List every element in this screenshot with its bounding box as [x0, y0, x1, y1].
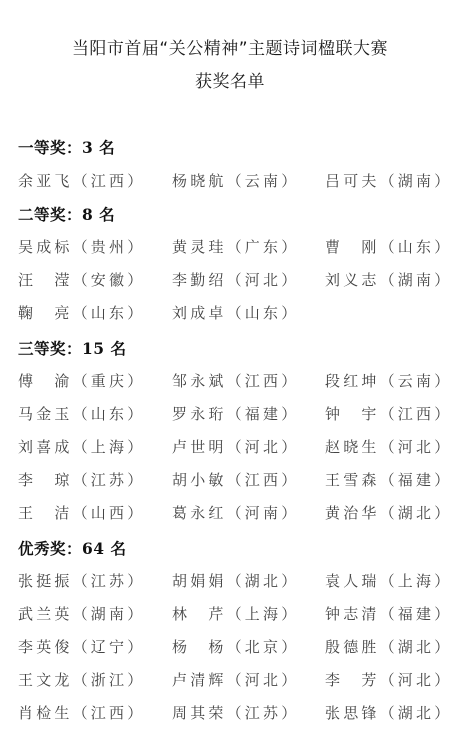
winner-row: 刘喜成（上海） 卢世明（河北） 赵晓生（河北） [0, 436, 460, 458]
winner-entry: 李 琼（江苏） [18, 469, 145, 490]
winner-entry: 曹 刚（山东） [325, 236, 452, 257]
winner-row: 马金玉（山东） 罗永珩（福建） 钟 宇（江西） [0, 403, 460, 425]
winner-entry: 钟志清（福建） [325, 603, 452, 624]
winner-entry: 王雪森（福建） [325, 469, 452, 490]
winner-entry: 林 芹（上海） [172, 603, 299, 624]
winner-entry: 殷德胜（湖北） [325, 636, 452, 657]
winner-entry: 余亚飞（江西） [18, 170, 145, 191]
section-heading-merit-prize: 优秀奖：64 名 [18, 537, 126, 559]
winner-entry: 罗永珩（福建） [172, 403, 299, 424]
winner-entry: 张思锋（湖北） [325, 702, 452, 723]
document-title: 当阳市首届“关公精神”主题诗词楹联大赛 [0, 34, 460, 59]
winner-entry: 胡小敏（江西） [172, 469, 299, 490]
winner-row: 肖检生（江西） 周其荣（江苏） 张思锋（湖北） [0, 702, 460, 724]
winner-row: 汪 滢（安徽） 李勤绍（河北） 刘义志（湖南） [0, 269, 460, 291]
winner-entry: 刘义志（湖南） [325, 269, 452, 290]
winner-entry: 张挺振（江苏） [18, 570, 145, 591]
winner-row: 王 洁（山西） 葛永红（河南） 黄治华（湖北） [0, 502, 460, 524]
winner-entry: 赵晓生（河北） [325, 436, 452, 457]
winner-entry: 王 洁（山西） [18, 502, 145, 523]
winner-entry: 袁人瑞（上海） [325, 570, 452, 591]
winner-entry: 李 芳（河北） [325, 669, 452, 690]
winner-entry: 吕可夫（湖南） [325, 170, 452, 191]
winner-entry: 段红坤（云南） [325, 370, 452, 391]
winner-entry: 葛永红（河南） [172, 502, 299, 523]
winner-entry: 刘喜成（上海） [18, 436, 145, 457]
winner-entry: 汪 滢（安徽） [18, 269, 145, 290]
winner-entry: 杨 杨（北京） [172, 636, 299, 657]
winner-entry: 卢世明（河北） [172, 436, 299, 457]
winner-entry: 马金玉（山东） [18, 403, 145, 424]
winner-entry: 吴成标（贵州） [18, 236, 145, 257]
section-heading-third-prize: 三等奖：15 名 [18, 337, 126, 359]
winner-entry: 钟 宇（江西） [325, 403, 452, 424]
section-heading-second-prize: 二等奖：8 名 [18, 203, 115, 225]
winner-entry: 邹永斌（江西） [172, 370, 299, 391]
winner-entry: 李英俊（辽宁） [18, 636, 145, 657]
winner-row: 余亚飞（江西） 杨晓航（云南） 吕可夫（湖南） [0, 170, 460, 192]
winner-entry: 鞠 亮（山东） [18, 302, 145, 323]
winner-entry: 胡娟娟（湖北） [172, 570, 299, 591]
winner-row: 李英俊（辽宁） 杨 杨（北京） 殷德胜（湖北） [0, 636, 460, 658]
winner-entry: 周其荣（江苏） [172, 702, 299, 723]
winner-row: 张挺振（江苏） 胡娟娟（湖北） 袁人瑞（上海） [0, 570, 460, 592]
winner-entry: 黄治华（湖北） [325, 502, 452, 523]
winner-entry: 傅 渝（重庆） [18, 370, 145, 391]
winner-row: 李 琼（江苏） 胡小敏（江西） 王雪森（福建） [0, 469, 460, 491]
winner-row: 鞠 亮（山东） 刘成卓（山东） [0, 302, 460, 324]
winner-entry: 杨晓航（云南） [172, 170, 299, 191]
section-heading-first-prize: 一等奖：3 名 [18, 136, 115, 158]
winner-entry: 武兰英（湖南） [18, 603, 145, 624]
winner-row: 王文龙（浙江） 卢清辉（河北） 李 芳（河北） [0, 669, 460, 691]
winner-entry: 王文龙（浙江） [18, 669, 145, 690]
winner-entry: 肖检生（江西） [18, 702, 145, 723]
winner-row: 傅 渝（重庆） 邹永斌（江西） 段红坤（云南） [0, 370, 460, 392]
document-subtitle: 获奖名单 [0, 67, 460, 92]
winner-entry: 卢清辉（河北） [172, 669, 299, 690]
winner-row: 吴成标（贵州） 黄灵珪（广东） 曹 刚（山东） [0, 236, 460, 258]
winner-entry: 刘成卓（山东） [172, 302, 299, 323]
winner-row: 武兰英（湖南） 林 芹（上海） 钟志清（福建） [0, 603, 460, 625]
winner-entry: 黄灵珪（广东） [172, 236, 299, 257]
winner-entry: 李勤绍（河北） [172, 269, 299, 290]
